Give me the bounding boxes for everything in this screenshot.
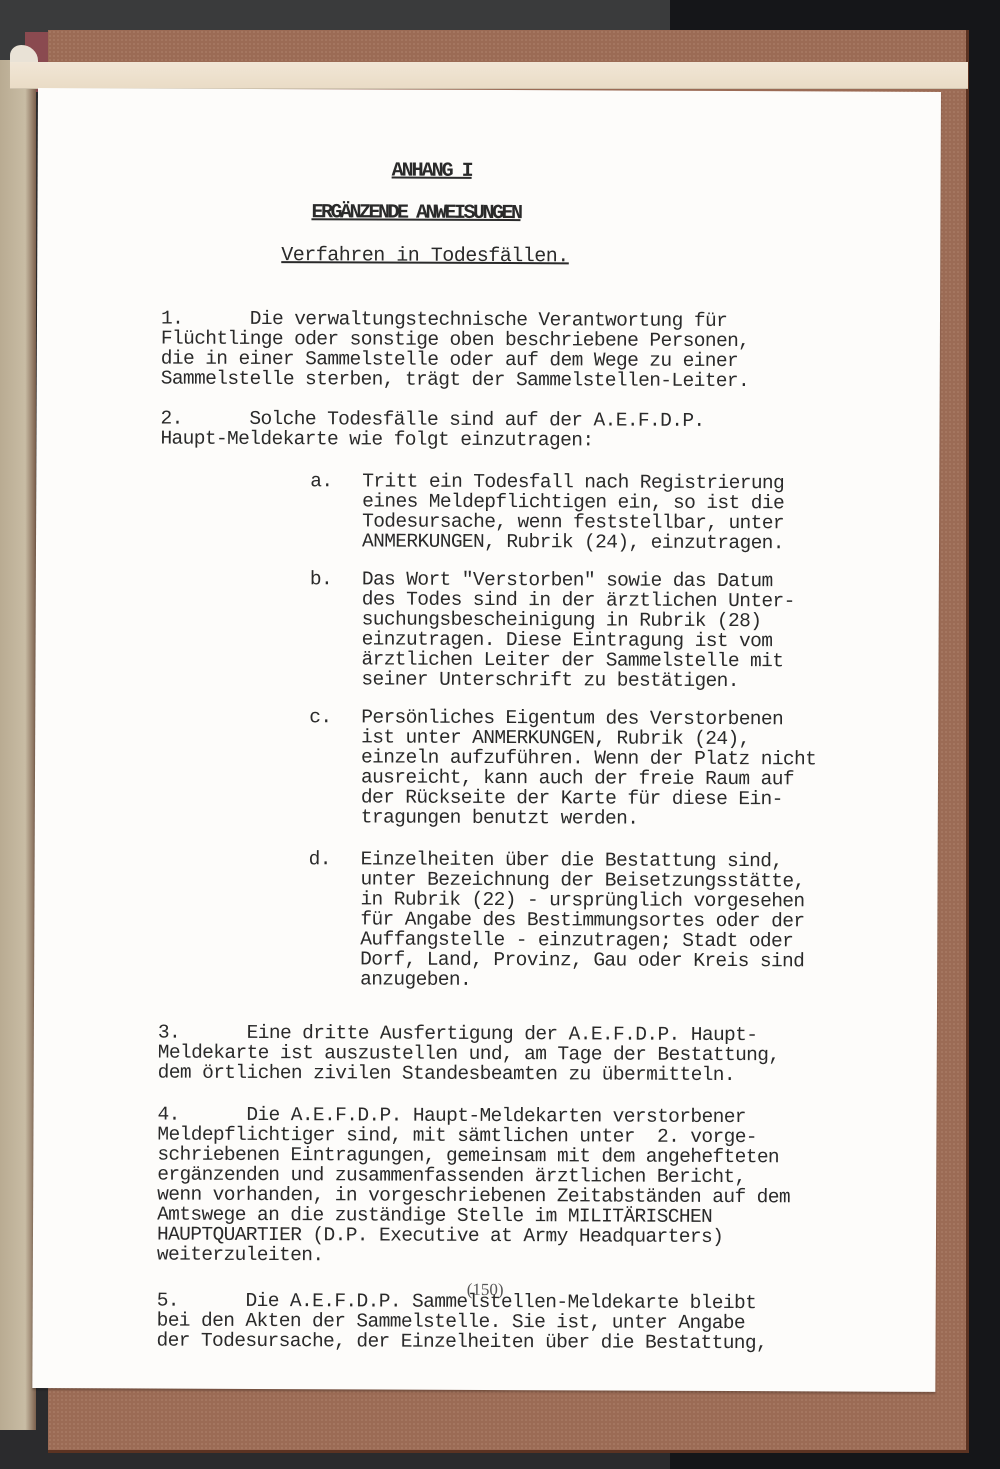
paragraph-1: 1. Die verwaltungstechnische Verantwortu…: [161, 309, 921, 392]
subitem-letter: d.: [309, 849, 331, 869]
text-line: anzugeben.: [360, 969, 804, 991]
paragraph-2: 2. Solche Todesfälle sind auf der A.E.F.…: [160, 409, 920, 452]
document-body: ANHANG I ERGÄNZENDE ANWEISUNGEN Verfahre…: [162, 161, 922, 164]
subitem-body: Einzelheiten über die Bestattung sind, u…: [360, 849, 805, 991]
subitem-c: c. Persönliches Eigentum des Verstorbene…: [309, 707, 869, 709]
subsection-heading: Verfahren in Todesfällen.: [281, 246, 569, 267]
subitem-b: b. Das Wort "Verstorben" sowie das Datum…: [310, 569, 870, 571]
subitem-letter: a.: [310, 471, 332, 491]
text-line: Haupt-Meldekarte wie folgt einzutragen:: [160, 429, 920, 452]
subitem-d: d. Einzelheiten über die Bestattung sind…: [309, 849, 869, 851]
paragraph-3: 3. Eine dritte Ausfertigung der A.E.F.D.…: [158, 1023, 918, 1086]
text-line: dem örtlichen zivilen Standesbeamten zu …: [158, 1063, 918, 1086]
text-line: seiner Unterschrift zu bestätigen.: [361, 669, 794, 691]
text-line: Sammelstelle sterben, trägt der Sammelst…: [161, 369, 921, 392]
text-line: weiterzuleiten.: [157, 1245, 917, 1268]
subitem-body: Das Wort "Verstorben" sowie das Datum de…: [361, 569, 795, 691]
text-line: ANMERKUNGEN, Rubrik (24), einzutragen.: [362, 531, 784, 553]
subitem-a: a. Tritt ein Todesfall nach Registrierun…: [310, 471, 870, 473]
subitem-letter: c.: [309, 707, 331, 727]
left-page-edge: [0, 60, 36, 1430]
text-line: der Todesursache, der Einzelheiten über …: [156, 1331, 916, 1354]
paragraph-4: 4. Die A.E.F.D.P. Haupt-Meldekarten vers…: [157, 1105, 918, 1268]
appendix-heading: ANHANG I: [392, 162, 472, 182]
subitem-letter: b.: [310, 569, 332, 589]
paragraph-5: 5. Die A.E.F.D.P. Sammelstellen-Meldekar…: [156, 1291, 916, 1354]
document-page: ANHANG I ERGÄNZENDE ANWEISUNGEN Verfahre…: [32, 88, 941, 1392]
subitem-body: Tritt ein Todesfall nach Registrierung e…: [362, 471, 784, 553]
binding-tape: [10, 62, 968, 89]
page-number: (150): [467, 1280, 504, 1300]
section-heading: ERGÄNZENDE ANWEISUNGEN: [311, 203, 520, 224]
subitem-body: Persönliches Eigentum des Verstorbenen i…: [361, 707, 817, 829]
text-line: tragungen benutzt werden.: [361, 807, 816, 829]
